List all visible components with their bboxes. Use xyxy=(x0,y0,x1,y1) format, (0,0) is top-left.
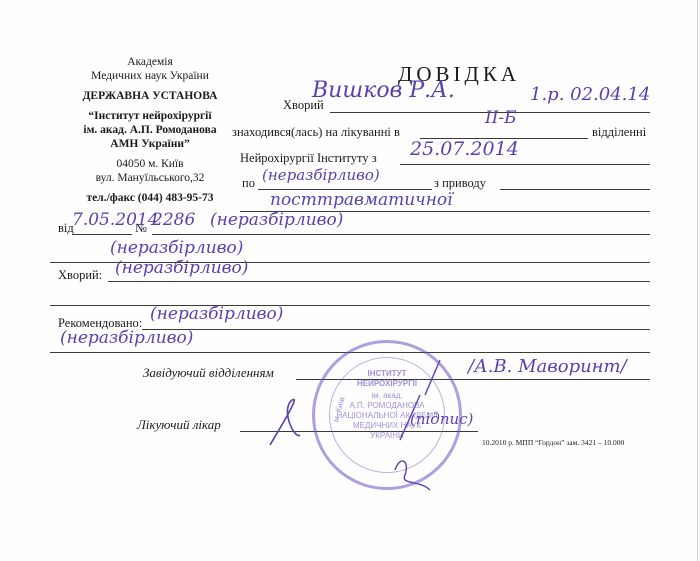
printer-footer: 10.2010 р. МПП “Гордон” зам. 3421 – 10.0… xyxy=(482,438,624,447)
stamp-line-2: НЕЙРОХІРУРГІЇ xyxy=(315,379,459,388)
stamp-line-1: ІНСТИТУТ xyxy=(315,369,459,378)
certificate-page: Академія Медичних наук України ДЕРЖАВНА … xyxy=(0,0,700,561)
institution-stamp: ІНСТИТУТ НЕЙРОХІРУРГІЇ ім. акад. А.П. РО… xyxy=(312,340,462,490)
